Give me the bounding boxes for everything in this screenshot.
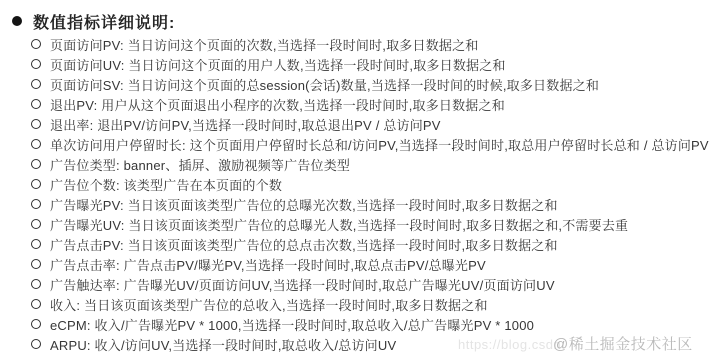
metric-text: 广告位类型: banner、插屏、激励视频等广告位类型 <box>50 155 350 174</box>
metric-text: 广告曝光PV: 当日该页面该类型广告位的总曝光次数,当选择一段时间时,取多日数据… <box>50 195 558 214</box>
watermark-url: https://blog.csdn <box>458 337 561 352</box>
metric-text: 退出PV: 用户从这个页面退出小程序的次数,当选择一段时间时,取多日数据之和 <box>50 95 505 114</box>
circle-bullet-icon <box>31 319 41 329</box>
metric-text: 收入: 当日该页面该类型广告位的总收入,当选择一段时间时,取多日数据之和 <box>50 295 488 314</box>
circle-bullet-icon <box>31 279 41 289</box>
circle-bullet-icon <box>31 339 41 349</box>
metric-explanation-document: 数值指标详细说明: 页面访问PV: 当日访问这个页面的次数,当选择一段时间时,取… <box>0 0 720 361</box>
list-item: 退出PV: 用户从这个页面退出小程序的次数,当选择一段时间时,取多日数据之和 <box>31 94 720 114</box>
metric-list: 页面访问PV: 当日访问这个页面的次数,当选择一段时间时,取多日数据之和 页面访… <box>0 34 720 354</box>
list-item: 页面访问SV: 当日访问这个页面的总session(会话)数量,当选择一段时间的… <box>31 74 720 94</box>
metric-text: eCPM: 收入/广告曝光PV * 1000,当选择一段时间时,取总收入/总广告… <box>50 315 534 334</box>
filled-bullet-icon <box>12 16 22 26</box>
list-item: 广告曝光PV: 当日该页面该类型广告位的总曝光次数,当选择一段时间时,取多日数据… <box>31 194 720 214</box>
list-item: 页面访问PV: 当日访问这个页面的次数,当选择一段时间时,取多日数据之和 <box>31 34 720 54</box>
list-item: 广告位个数: 该类型广告在本页面的个数 <box>31 174 720 194</box>
list-item: 收入: 当日该页面该类型广告位的总收入,当选择一段时间时,取多日数据之和 <box>31 294 720 314</box>
list-item: 广告触达率: 广告曝光UV/页面访问UV,当选择一段时间时,取总广告曝光UV/页… <box>31 274 720 294</box>
list-item: 页面访问UV: 当日访问这个页面的用户人数,当选择一段时间时,取多日数据之和 <box>31 54 720 74</box>
circle-bullet-icon <box>31 99 41 109</box>
metric-text: 退出率: 退出PV/访问PV,当选择一段时间时,取总退出PV / 总访问PV <box>50 115 441 134</box>
circle-bullet-icon <box>31 119 41 129</box>
page-title: 数值指标详细说明: <box>33 10 175 33</box>
metric-text: 广告位个数: 该类型广告在本页面的个数 <box>50 175 282 194</box>
metric-text: 页面访问PV: 当日访问这个页面的次数,当选择一段时间时,取多日数据之和 <box>50 35 479 54</box>
circle-bullet-icon <box>31 219 41 229</box>
circle-bullet-icon <box>31 39 41 49</box>
list-item: 广告点击率: 广告点击PV/曝光PV,当选择一段时间时,取总点击PV/总曝光PV <box>31 254 720 274</box>
metric-text: 单次访问用户停留时长: 这个页面用户停留时长总和/访问PV,当选择一段时间时,取… <box>50 135 709 154</box>
metric-text: 页面访问SV: 当日访问这个页面的总session(会话)数量,当选择一段时间的… <box>50 75 599 94</box>
circle-bullet-icon <box>31 79 41 89</box>
circle-bullet-icon <box>31 179 41 189</box>
circle-bullet-icon <box>31 159 41 169</box>
list-item: 退出率: 退出PV/访问PV,当选择一段时间时,取总退出PV / 总访问PV <box>31 114 720 134</box>
metric-text: 广告触达率: 广告曝光UV/页面访问UV,当选择一段时间时,取总广告曝光UV/页… <box>50 275 555 294</box>
circle-bullet-icon <box>31 239 41 249</box>
circle-bullet-icon <box>31 199 41 209</box>
metric-text: 广告点击率: 广告点击PV/曝光PV,当选择一段时间时,取总点击PV/总曝光PV <box>50 255 486 274</box>
metric-text: ARPU: 收入/访问UV,当选择一段时间时,取总收入/总访问UV <box>50 335 396 354</box>
circle-bullet-icon <box>31 59 41 69</box>
metric-text: 广告曝光UV: 当日该页面该类型广告位的总曝光人数,当选择一段时间时,取多日数据… <box>50 215 628 234</box>
list-item: 单次访问用户停留时长: 这个页面用户停留时长总和/访问PV,当选择一段时间时,取… <box>31 134 720 154</box>
list-item: 广告曝光UV: 当日该页面该类型广告位的总曝光人数,当选择一段时间时,取多日数据… <box>31 214 720 234</box>
document-header: 数值指标详细说明: <box>0 0 720 33</box>
circle-bullet-icon <box>31 299 41 309</box>
circle-bullet-icon <box>31 259 41 269</box>
metric-text: 页面访问UV: 当日访问这个页面的用户人数,当选择一段时间时,取多日数据之和 <box>50 55 506 74</box>
list-item: 广告位类型: banner、插屏、激励视频等广告位类型 <box>31 154 720 174</box>
watermark-credit: @稀土掘金技术社区 <box>553 333 693 354</box>
list-item: eCPM: 收入/广告曝光PV * 1000,当选择一段时间时,取总收入/总广告… <box>31 314 720 334</box>
metric-text: 广告点击PV: 当日该页面该类型广告位的总点击次数,当选择一段时间时,取多日数据… <box>50 235 558 254</box>
list-item: 广告点击PV: 当日该页面该类型广告位的总点击次数,当选择一段时间时,取多日数据… <box>31 234 720 254</box>
circle-bullet-icon <box>31 139 41 149</box>
